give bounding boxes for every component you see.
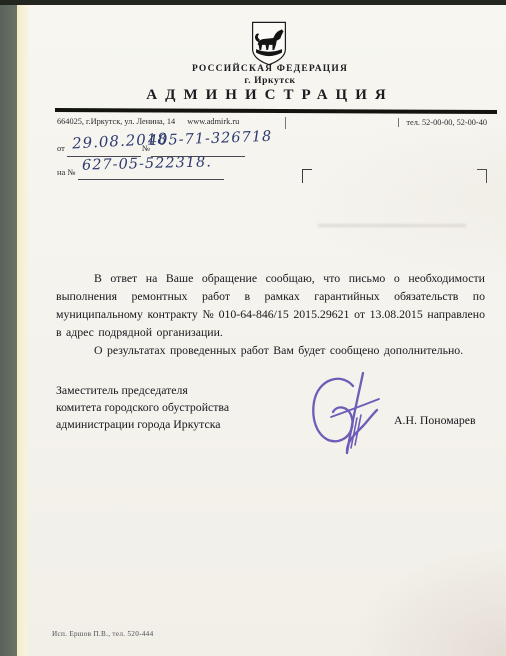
handwritten-outgoing-number: 405-71-326718 <box>148 129 273 149</box>
body-paragraph-2: О результатах проведенных работ Вам буде… <box>56 341 485 359</box>
executor-note: Исп. Ершов П.В., тел. 520-444 <box>52 630 153 638</box>
handwritten-incoming-number: 627-05-522318. <box>82 154 212 173</box>
header-rule <box>55 108 497 114</box>
body-paragraph-1: В ответ на Ваше обращение сообщаю, что п… <box>56 269 485 341</box>
ref-reply-underline <box>78 179 224 180</box>
letter-body: В ответ на Ваше обращение сообщаю, что п… <box>56 269 485 359</box>
redacted-addressee-smudge <box>318 224 466 227</box>
scan-top-edge <box>0 0 506 5</box>
signoff-position-line-3: администрации города Иркутска <box>56 416 229 433</box>
header-organization-title: АДМИНИСТРАЦИЯ <box>40 87 500 104</box>
handwritten-signature-icon <box>303 366 391 458</box>
ref-reply-label: на № <box>57 167 76 177</box>
addressee-corner-left-icon <box>302 169 312 183</box>
header-city: г. Иркутск <box>40 76 500 86</box>
scanned-letter: РОССИЙСКАЯ ФЕДЕРАЦИЯ г. Иркутск АДМИНИСТ… <box>0 0 506 656</box>
irkutsk-coat-of-arms-icon <box>250 20 288 68</box>
letterhead-phone: тел. 52-00-00, 52-00-40 <box>398 118 487 127</box>
letterhead-address: 664025, г.Иркутск, ул. Ленина, 14 <box>57 117 175 126</box>
letterhead-website: www.admirk.ru <box>187 117 239 126</box>
ref-from-label: от <box>57 143 65 153</box>
scan-paper-band <box>17 0 30 656</box>
signoff-name: А.Н. Пономарев <box>394 413 476 428</box>
addressee-corner-right-icon <box>477 169 487 183</box>
letterhead-divider <box>285 117 286 129</box>
header-country: РОССИЙСКАЯ ФЕДЕРАЦИЯ <box>40 64 500 74</box>
signoff-position-line-1: Заместитель председателя <box>56 382 229 399</box>
signoff-position-line-2: комитета городского обустройства <box>56 399 229 416</box>
scan-left-edge <box>0 0 17 656</box>
signoff-position: Заместитель председателя комитета городс… <box>56 382 229 433</box>
